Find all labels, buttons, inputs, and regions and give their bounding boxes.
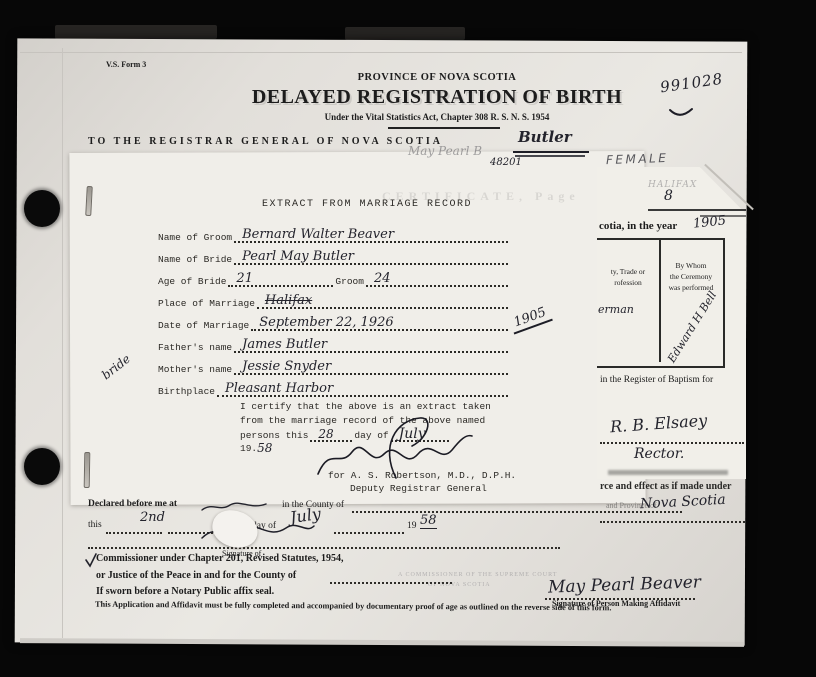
mother-label: Mother's name [158, 364, 232, 375]
staple-bottom [84, 452, 91, 488]
deputy-registrar-line: Deputy Registrar General [350, 483, 487, 494]
date-value: September 22, 1926 [259, 315, 393, 330]
bride-age-label: Age of Bride [158, 276, 226, 287]
col1-line2: rofession [598, 277, 658, 288]
baptism-year-line: cotia, in the year [599, 220, 677, 232]
date-label: Date of Marriage [158, 320, 249, 331]
extract-heading: EXTRACT FROM MARRIAGE RECORD [262, 199, 472, 210]
baptism-register-line: in the Register of Baptism for [600, 375, 713, 385]
county-dotted-line [352, 510, 682, 513]
page-title: DELAYED REGISTRATION OF BIRTH [187, 86, 687, 109]
groom-age-value: 24 [374, 271, 391, 286]
baptism-cell-occupation: erman [598, 303, 634, 316]
father-value: James Butler [242, 337, 327, 352]
field-ages: Age of Bride 21 Groom 24 [158, 272, 510, 287]
birthplace-label: Birthplace [158, 386, 215, 397]
sex-annotation: FEMALE [606, 151, 669, 167]
field-groom-name: Name of Groom Bernard Walter Beaver [158, 228, 510, 243]
col1-line1: ty, Trade or [598, 266, 658, 277]
commissioner-line: Commissioner under Chapter 201, Revised … [96, 553, 344, 564]
field-place-of-marriage: Place of Marriage Halifax [158, 294, 510, 309]
notary-line: If sworn before a Notary Public affix se… [96, 586, 274, 597]
subtitle-underline [388, 127, 500, 129]
check-mark-icon [668, 106, 694, 120]
date-leader: September 22, 1926 [251, 316, 508, 331]
registration-number-handwritten: 48201 [490, 157, 522, 168]
groom-age-label: Groom [335, 276, 364, 287]
rector-signature-line [600, 441, 744, 444]
bride-leader: Pearl May Butler [234, 250, 508, 265]
strike-line-2 [515, 155, 585, 157]
mother-leader: Jessie Snyder [234, 360, 508, 375]
province-heading: PROVINCE OF NOVA SCOTIA [187, 72, 687, 83]
baptism-col1-header: ty, Trade or rofession [598, 266, 658, 288]
day-dotted-line-a [106, 531, 162, 534]
stacked-page-edge [20, 52, 742, 53]
commissioner-stamp-line1: A COMMISSIONER OF THE SUPREME COURT [398, 572, 557, 578]
groom-age-leader: 24 [366, 272, 508, 287]
col2-line2: the Ceremony [661, 271, 721, 282]
certify-line-1: I certify that the above is an extract t… [240, 400, 491, 414]
bride-value: Pearl May Butler [242, 249, 354, 264]
registrar-signature [300, 416, 475, 480]
rector-title: Rector. [634, 446, 684, 462]
binder-clip-right [345, 27, 465, 40]
baptism-figure: 8 [664, 188, 673, 204]
bride-age-value: 21 [236, 271, 253, 286]
month-dotted-line [334, 531, 404, 534]
baptism-rule-1 [648, 209, 746, 211]
scanned-document: V.S. Form 3 PROVINCE OF NOVA SCOTIA DELA… [0, 0, 816, 677]
hole-punch-bottom [24, 448, 60, 485]
binder-clip-left [55, 25, 217, 39]
commissioner-stamp-line2: OF NOVA SCOTIA [428, 582, 491, 588]
crossed-out-name: May Pearl B [408, 144, 482, 158]
hole-punch-top [24, 190, 60, 227]
justice-line: or Justice of the Peace in and for the C… [96, 570, 296, 581]
place-label: Place of Marriage [158, 298, 255, 309]
field-mother-name: Mother's name Jessie Snyder [158, 360, 510, 375]
place-leader: Halifax [257, 294, 508, 309]
addressee-line: TO THE REGISTRAR GENERAL OF NOVA SCOTIA [88, 136, 443, 147]
mother-value: Jessie Snyder [242, 359, 331, 374]
field-birthplace: Birthplace Pleasant Harbor [158, 382, 510, 397]
groom-leader: Bernard Walter Beaver [234, 228, 508, 243]
bride-label: Name of Bride [158, 254, 232, 265]
certify-year-value: 58 [257, 442, 272, 456]
certify-year-prefix: 19. [240, 442, 257, 456]
declared-before-label: Declared before me at [88, 499, 177, 509]
birthplace-leader: Pleasant Harbor [217, 382, 508, 397]
father-leader: James Butler [234, 338, 508, 353]
place-value: Halifax [265, 293, 312, 308]
groom-value: Bernard Walter Beaver [242, 227, 394, 242]
form-number: V.S. Form 3 [106, 60, 146, 69]
smudged-print-fragment [608, 470, 728, 475]
baptism-column-divider [659, 240, 661, 362]
effect-fragment-line: rce and effect as if made under [600, 481, 731, 492]
col2-line1: By Whom [661, 260, 721, 271]
signature-dotted-line [88, 546, 560, 549]
father-label: Father's name [158, 342, 232, 353]
field-bride-name: Name of Bride Pearl May Butler [158, 250, 510, 265]
province-dotted-line [600, 520, 745, 523]
field-father-name: Father's name James Butler [158, 338, 510, 353]
year-handwritten: 58 [420, 513, 437, 529]
strike-line-1 [513, 151, 589, 153]
year-prefix: 19 [407, 521, 417, 531]
groom-label: Name of Groom [158, 232, 232, 243]
baptism-col2-header: By Whom the Ceremony was performed [661, 260, 721, 293]
this-label: this [88, 520, 102, 530]
birthplace-value: Pleasant Harbor [225, 381, 333, 396]
act-subtitle: Under the Vital Statistics Act, Chapter … [187, 112, 687, 122]
day-handwritten: 2nd [140, 510, 165, 525]
bride-age-leader: 21 [228, 272, 333, 287]
certify-this-label: persons this [240, 429, 308, 443]
paper-fold-line [62, 48, 63, 638]
surname-correction: Butler [518, 128, 572, 146]
field-date-of-marriage: Date of Marriage September 22, 1926 [158, 316, 510, 331]
